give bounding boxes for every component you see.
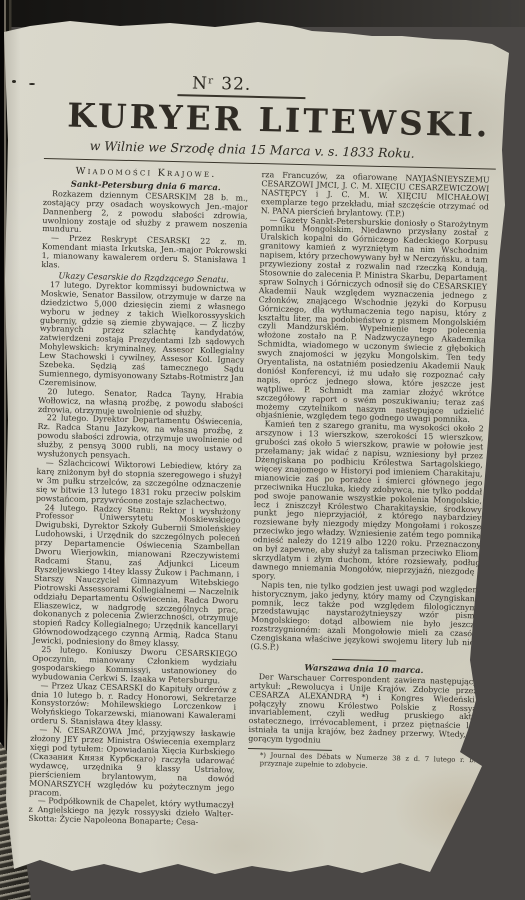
ink-speck xyxy=(12,80,16,83)
left-column: Wiadomości Krajowe.Sankt-Petersburg dnia… xyxy=(28,166,248,829)
paragraph: Napis ten, nie tylko godzien jest uwagi … xyxy=(250,581,480,658)
paragraph: — Przez Ukaz CESARSKI do Kapituły orderó… xyxy=(31,681,237,730)
newspaper-title: KURYER LITEWSKI. xyxy=(53,98,506,142)
footnote: *) Journal des Débats w Numerze 38 z d. … xyxy=(248,751,476,772)
paragraph: 22 lutego. Dyrektor Departamentu Oświece… xyxy=(37,414,243,463)
page-content: Nʳ 32. KURYER LITEWSKI. w Wilnie we Srzo… xyxy=(28,70,498,835)
scanned-newspaper-scene: Nʳ 32. KURYER LITEWSKI. w Wilnie we Srzo… xyxy=(0,0,525,900)
newspaper-page: Nʳ 32. KURYER LITEWSKI. w Wilnie we Srzo… xyxy=(0,0,525,900)
paragraph: Rozkazem dziennym CESARSKIM 28 b. m., zo… xyxy=(42,190,248,239)
paragraph: 25 lutego. Koniuszy Dworu CESARSKIEGO Op… xyxy=(32,646,238,686)
paragraph: 24 lutego. Radzcy Stanu: Rektor i wysłuż… xyxy=(32,503,240,650)
ink-speck xyxy=(29,83,35,85)
separator-rule xyxy=(332,659,396,662)
paragraph: — N. CESARZOWA Jmć, przyjąwszy łaskawie … xyxy=(29,726,236,802)
paragraph: 17 lutego. Dyrektor kommissyi budownictw… xyxy=(39,281,246,393)
paragraph: rza Francuzów, za ofiarowane NAYJAŚNIEYS… xyxy=(261,171,490,221)
paragraph: — Szlachcicowi Wiktorowi Lebiediew, któr… xyxy=(36,459,242,508)
paragraph: Der Warschauer Correspondent zawiera nas… xyxy=(248,673,478,750)
right-column: rza Francuzów, za ofiarowane NAYJAŚNIEYS… xyxy=(246,171,489,834)
paragraph: — Gazety Sankt-Petersburskie doniosły o … xyxy=(256,216,489,426)
paragraph: — Przez Reskrypt CESARSKI 22 z. m. Komen… xyxy=(41,234,247,274)
issue-number: Nʳ 32. xyxy=(161,73,281,96)
paragraph: Kamień ten z szarego granitu, ma wysokoś… xyxy=(252,420,484,586)
paragraph: — Podpółkownik de Chapelet, który wytłum… xyxy=(28,797,234,829)
column-layout: Wiadomości Krajowe.Sankt-Petersburg dnia… xyxy=(28,166,495,835)
